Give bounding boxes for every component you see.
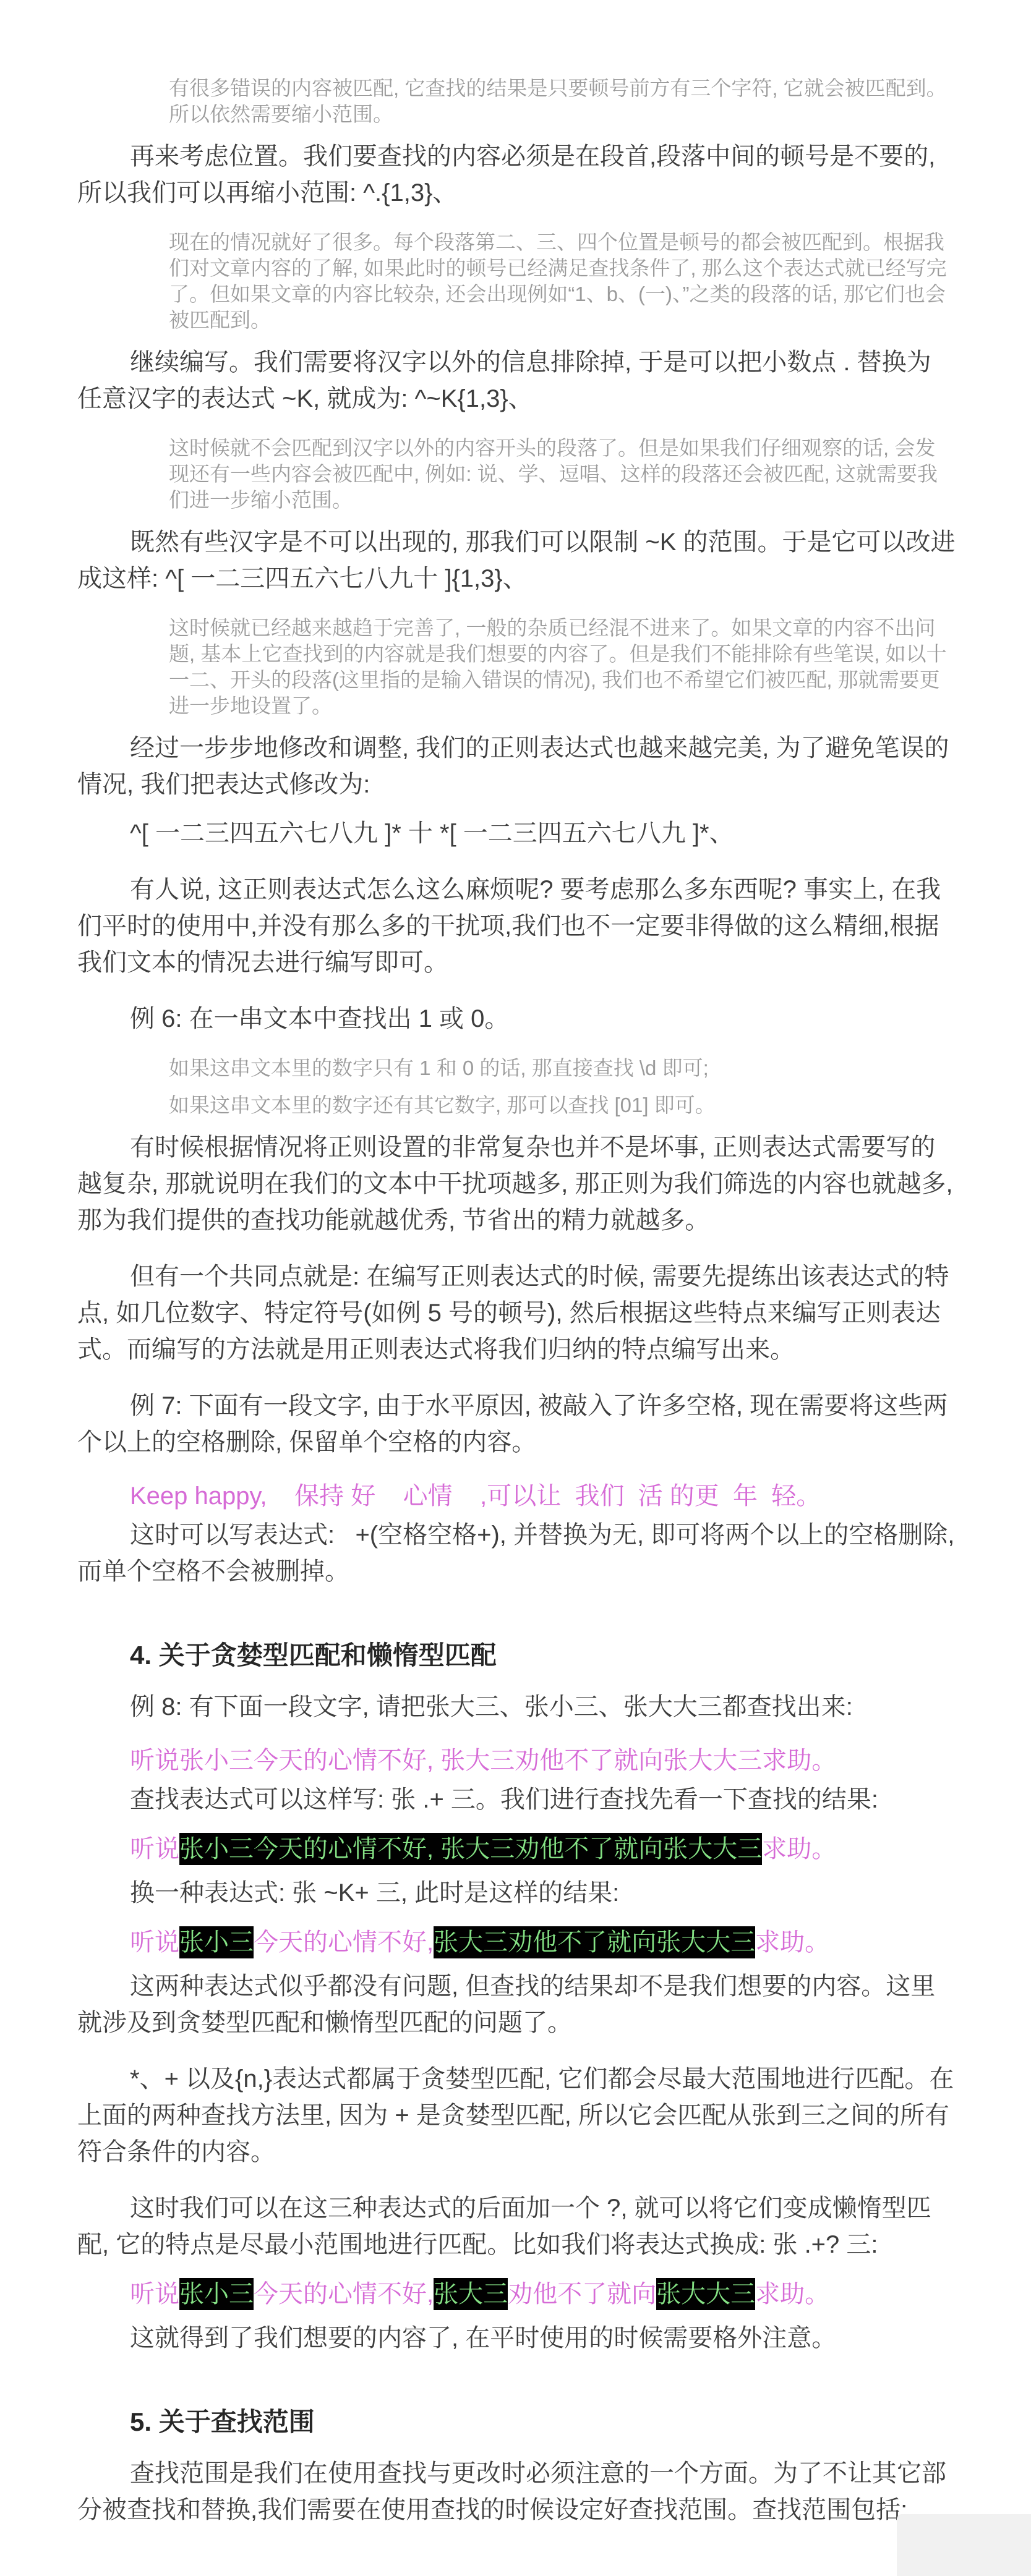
- body-paragraph: 例 7: 下面有一段文字, 由于水平原因, 被敲入了许多空格, 现在需要将这些两…: [77, 1388, 956, 1461]
- section-heading: 4. 关于贪婪型匹配和懒惰型匹配: [77, 1637, 956, 1674]
- note-quote-block: 如果这串文本里的数字还有其它数字, 那可以查找 [01] 即可。: [169, 1092, 956, 1118]
- body-paragraph: 这时可以写表达式: +(空格空格+), 并替换为无, 即可将两个以上的空格删除,…: [77, 1517, 956, 1590]
- body-paragraph: 查找表达式可以这样写: 张 .+ 三。我们进行查找先看一下查找的结果:: [77, 1782, 956, 1818]
- highlighted-match-text: 张大三劝他不了就向张大大三: [434, 1926, 755, 1958]
- highlighted-match-text: 张小三: [179, 1926, 254, 1958]
- highlighted-match-text: 张大三: [434, 2278, 508, 2310]
- body-paragraph: 继续编写。我们需要将汉字以外的信息排除掉, 于是可以把小数点 . 替换为任意汉字…: [77, 344, 956, 417]
- match-result-line: 听说张小三今天的心情不好,张大三劝他不了就向张大大三求助。: [77, 2277, 956, 2311]
- match-result-line: 听说张小三今天的心情不好,张大三劝他不了就向张大大三求助。: [77, 1925, 956, 1960]
- match-result-line: 听说张小三今天的心情不好, 张大三劝他不了就向张大大三求助。: [77, 1832, 956, 1866]
- body-paragraph: 经过一步步地修改和调整, 我们的正则表达式也越来越完美, 为了避免笔误的情况, …: [77, 730, 956, 803]
- body-paragraph: 这就得到了我们想要的内容了, 在平时使用的时候需要格外注意。: [77, 2320, 956, 2357]
- highlighted-match-text: 张小三今天的心情不好, 张大三劝他不了就向张大大三: [179, 1833, 762, 1865]
- unmatched-text: 求助。: [755, 1929, 829, 1956]
- example-sentence: Keep happy, 保持 好 心情 ,可以让 我们 活 的更 年 轻。: [77, 1478, 956, 1515]
- example-sentence: 听说张小三今天的心情不好, 张大三劝他不了就向张大大三求助。: [77, 1743, 956, 1779]
- note-quote-block: 这时候就已经越来越趋于完善了, 一般的杂质已经混不进来了。如果文章的内容不出问题…: [169, 615, 956, 719]
- unmatched-text: 听说: [130, 2281, 179, 2308]
- highlighted-match-text: 张小三: [179, 2278, 254, 2310]
- unmatched-text: 今天的心情不好,: [254, 2281, 434, 2308]
- body-paragraph: *、+ 以及{n,}表达式都属于贪婪型匹配, 它们都会尽最大范围地进行匹配。在上…: [77, 2061, 956, 2170]
- body-paragraph: 但有一个共同点就是: 在编写正则表达式的时候, 需要先提练出该表达式的特点, 如…: [77, 1259, 956, 1368]
- note-quote-block: 如果这串文本里的数字只有 1 和 0 的话, 那直接查找 \d 即可;: [169, 1055, 956, 1081]
- body-paragraph: 查找范围是我们在使用查找与更改时必须注意的一个方面。为了不让其它部分被查找和替换…: [77, 2455, 956, 2528]
- unmatched-text: 听说: [130, 1929, 179, 1956]
- document-page: 有很多错误的内容被匹配, 它查找的结果是只要顿号前方有三个字符, 它就会被匹配到…: [0, 0, 1031, 2576]
- section-heading: 5. 关于查找范围: [77, 2404, 956, 2441]
- unmatched-text: 听说: [130, 1835, 179, 1863]
- body-paragraph: 再来考虑位置。我们要查找的内容必须是在段首,段落中间的顿号是不要的,所以我们可以…: [77, 138, 956, 211]
- body-paragraph: 这时我们可以在这三种表达式的后面加一个 ?, 就可以将它们变成懒惰型匹配, 它的…: [77, 2190, 956, 2263]
- unmatched-text: 今天的心情不好,: [254, 1929, 434, 1956]
- body-paragraph: 有人说, 这正则表达式怎么这么麻烦呢? 要考虑那么多东西呢? 事实上, 在我们平…: [77, 872, 956, 981]
- regex-expression: ^[ 一二三四五六七八九 ]* 十 *[ 一二三四五六七八九 ]*、: [77, 815, 956, 852]
- body-paragraph: 有时候根据情况将正则设置的非常复杂也并不是坏事, 正则表达式需要写的越复杂, 那…: [77, 1129, 956, 1239]
- body-paragraph: 既然有些汉字是不可以出现的, 那我们可以限制 ~K 的范围。于是它可以改进成这样…: [77, 524, 956, 597]
- highlighted-match-text: 张大大三: [656, 2278, 755, 2310]
- note-quote-block: 现在的情况就好了很多。每个段落第二、三、四个位置是顿号的都会被匹配到。根据我们对…: [169, 229, 956, 333]
- body-paragraph: 例 8: 有下面一段文字, 请把张大三、张小三、张大大三都查找出来:: [77, 1689, 956, 1725]
- note-quote-block: 这时候就不会匹配到汉字以外的内容开头的段落了。但是如果我们仔细观察的话, 会发现…: [169, 435, 956, 513]
- unmatched-text: 求助。: [755, 2281, 829, 2308]
- body-paragraph: 例 6: 在一串文本中查找出 1 或 0。: [77, 1001, 956, 1037]
- unmatched-text: 劝他不了就向: [508, 2281, 656, 2308]
- unmatched-text: 求助。: [762, 1835, 836, 1863]
- body-paragraph: 这两种表达式似乎都没有问题, 但查找的结果却不是我们想要的内容。这里就涉及到贪婪…: [77, 1968, 956, 2041]
- body-paragraph: 换一种表达式: 张 ~K+ 三, 此时是这样的结果:: [77, 1875, 956, 1911]
- note-quote-block: 有很多错误的内容被匹配, 它查找的结果是只要顿号前方有三个字符, 它就会被匹配到…: [169, 75, 956, 127]
- corner-widget[interactable]: [897, 2514, 1031, 2576]
